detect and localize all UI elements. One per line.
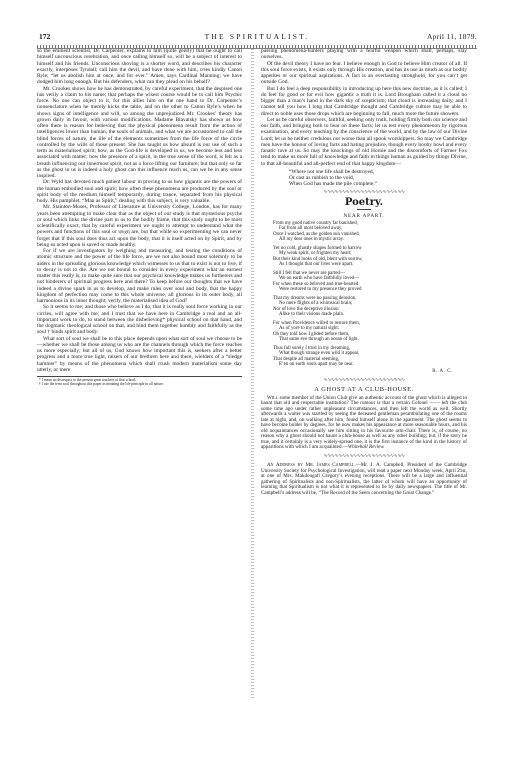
left-column: so the eminent scientist, Dr. Carpenter,…	[37, 48, 242, 387]
stanza: Yet no cold, ghastly shapes formed to ha…	[273, 246, 467, 268]
poem-line: As I thought that our lives were apart.	[273, 262, 467, 268]
poem-line: That same eve through an ocean of light.	[273, 337, 467, 343]
paragraph: Mr. Crookes shows how he has demonstrate…	[37, 86, 242, 180]
poem-line: All my dear ones in mystic array.	[273, 237, 467, 243]
footnote: † I use the term soul throughout this pa…	[37, 382, 242, 386]
newspaper-page: 172 THE SPIRITUALIST. April 11, 1879. so…	[37, 30, 477, 750]
article-source: Whitehall Review.	[348, 444, 385, 450]
issue-date: April 11, 1879.	[427, 32, 477, 41]
paragraph: so the eminent scientist, Dr. Carpenter,…	[37, 48, 242, 86]
short-rule	[357, 209, 371, 210]
footnote-rule	[37, 376, 242, 377]
paragraph: What sort of soul we shall be to this pl…	[37, 336, 242, 374]
ghost-article-body: Will some member of the Union Club give …	[261, 396, 467, 451]
page-header: 172 THE SPIRITUALIST. April 11, 1879.	[37, 30, 477, 44]
poem-title: NEAR APART.	[261, 213, 467, 219]
section-ornament: ∿∿∿∿∿∿∿∿∿∿∿∿∿∿∿∿∿∿∿∿∿∿	[261, 190, 467, 196]
paragraph: passing phenomena-hunters playing with a…	[261, 48, 467, 61]
poem-line: E’en on earth souls apart may be near.	[273, 362, 467, 368]
campbell-article-body: An Address by Mr. James Campbell.—Mr. J.…	[261, 463, 467, 496]
two-column-body: so the eminent scientist, Dr. Carpenter,…	[37, 48, 477, 748]
closing-quote: “Where not one life shall be destroyed, …	[289, 169, 467, 187]
paragraph: Mr. Stainton-Moses, Professor of Literat…	[37, 204, 242, 248]
stanza: Thus full surely I trust in my dreaming,…	[273, 346, 467, 368]
stanza: Still I felt that we never are parted— W…	[273, 271, 467, 293]
paragraph: Let us be careful observers, faithful, s…	[261, 117, 467, 167]
paragraph: For if we are investigators by weighing …	[37, 248, 242, 304]
poem-line: Alike to their visions made plain.	[273, 312, 467, 318]
column-divider	[251, 48, 254, 698]
section-ornament: ∿∿∿∿∿∿∿∿∿∿∿∿∿∿∿∿∿∿∿∿∿∿	[261, 378, 467, 384]
paragraph: So it seems to me; and those who believe…	[37, 304, 242, 335]
section-ornament: ∿∿∿∿∿∿∿∿∿∿∿∿∿∿∿∿∿∿∿∿∿∿	[261, 454, 467, 460]
article-text: —Mr. J. A. Campbell, President of the Ca…	[261, 462, 467, 496]
stanza: That my dreams were no passing delusion,…	[273, 296, 467, 318]
stanza: For when Providence willed to restore th…	[273, 321, 467, 343]
paragraph: But I do feel a deep responsibility in i…	[261, 86, 467, 117]
paragraph: Dr. Wyld has devoted much patient labour…	[37, 179, 242, 204]
article-title-ghost: A GHOST AT A CLUB-HOUSE.	[261, 387, 467, 393]
poem-body: From my good native country far banished…	[273, 221, 467, 368]
publication-title: THE SPIRITUALIST.	[37, 32, 477, 41]
section-title-poetry: Poetry.	[261, 200, 467, 206]
stanza: From my good native country far banished…	[273, 221, 467, 243]
poem-line: Were restored to my presence they proved	[273, 287, 467, 293]
article-text: some member of the Union Club give an au…	[261, 395, 467, 451]
poem-signature: R. A. C.	[261, 369, 453, 375]
right-column: passing phenomena-hunters playing with a…	[261, 48, 467, 497]
quote-line: When God has made the pile complete.”	[289, 181, 467, 187]
paragraph: Of the devil theory I have no fear. I be…	[261, 61, 467, 86]
